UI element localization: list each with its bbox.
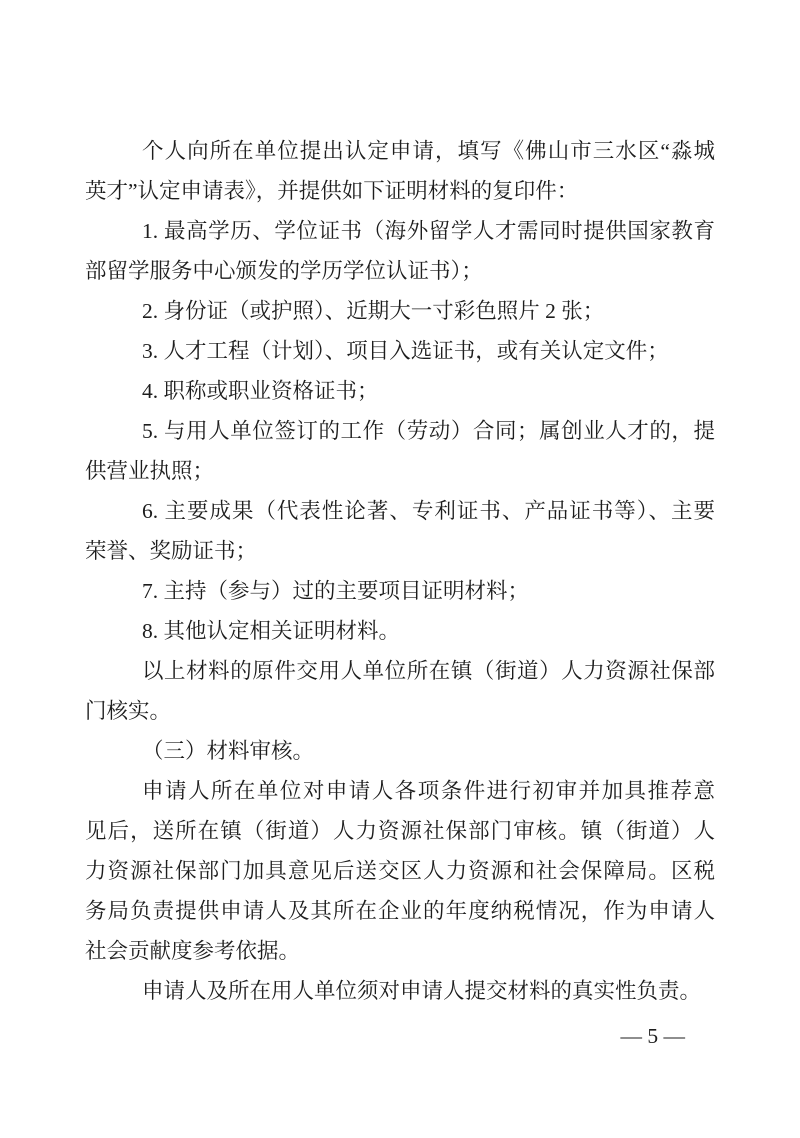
text-line: 力资源社保部门加具意见后送交区人力资源和社会保障局。区税 — [85, 851, 715, 891]
text-line: 以上材料的原件交用人单位所在镇（街道）人力资源社保部 — [85, 651, 715, 691]
text-line: 英才”认定申请表》，并提供如下证明材料的复印件： — [85, 171, 715, 211]
text-line: 见后，送所在镇（街道）人力资源社保部门审核。镇（街道）人 — [85, 811, 715, 851]
text-line: 荣誉、奖励证书； — [85, 531, 715, 571]
text-line: 部留学服务中心颁发的学历学位认证书）； — [85, 251, 715, 291]
page-number: — 5 — — [621, 1024, 686, 1048]
text-line: 个人向所在单位提出认定申请，填写《佛山市三水区“淼城 — [85, 131, 715, 171]
document-body: 个人向所在单位提出认定申请，填写《佛山市三水区“淼城英才”认定申请表》，并提供如… — [85, 131, 715, 1011]
text-line: （三）材料审核。 — [85, 731, 715, 771]
text-line: 申请人及所在用人单位须对申请人提交材料的真实性负责。 — [85, 971, 715, 1011]
text-line: 8. 其他认定相关证明材料。 — [85, 611, 715, 651]
document-page: 个人向所在单位提出认定申请，填写《佛山市三水区“淼城英才”认定申请表》，并提供如… — [0, 0, 800, 1138]
text-line: 门核实。 — [85, 691, 715, 731]
text-line: 社会贡献度参考依据。 — [85, 931, 715, 971]
text-line: 7. 主持（参与）过的主要项目证明材料； — [85, 571, 715, 611]
text-line: 1. 最高学历、学位证书（海外留学人才需同时提供国家教育 — [85, 211, 715, 251]
text-line: 6. 主要成果（代表性论著、专利证书、产品证书等）、主要 — [85, 491, 715, 531]
text-line: 2. 身份证（或护照）、近期大一寸彩色照片 2 张； — [85, 291, 715, 331]
text-line: 3. 人才工程（计划）、项目入选证书，或有关认定文件； — [85, 331, 715, 371]
text-line: 申请人所在单位对申请人各项条件进行初审并加具推荐意 — [85, 771, 715, 811]
text-line: 4. 职称或职业资格证书； — [85, 371, 715, 411]
text-line: 务局负责提供申请人及其所在企业的年度纳税情况，作为申请人 — [85, 891, 715, 931]
text-line: 供营业执照； — [85, 451, 715, 491]
text-line: 5. 与用人单位签订的工作（劳动）合同；属创业人才的，提 — [85, 411, 715, 451]
